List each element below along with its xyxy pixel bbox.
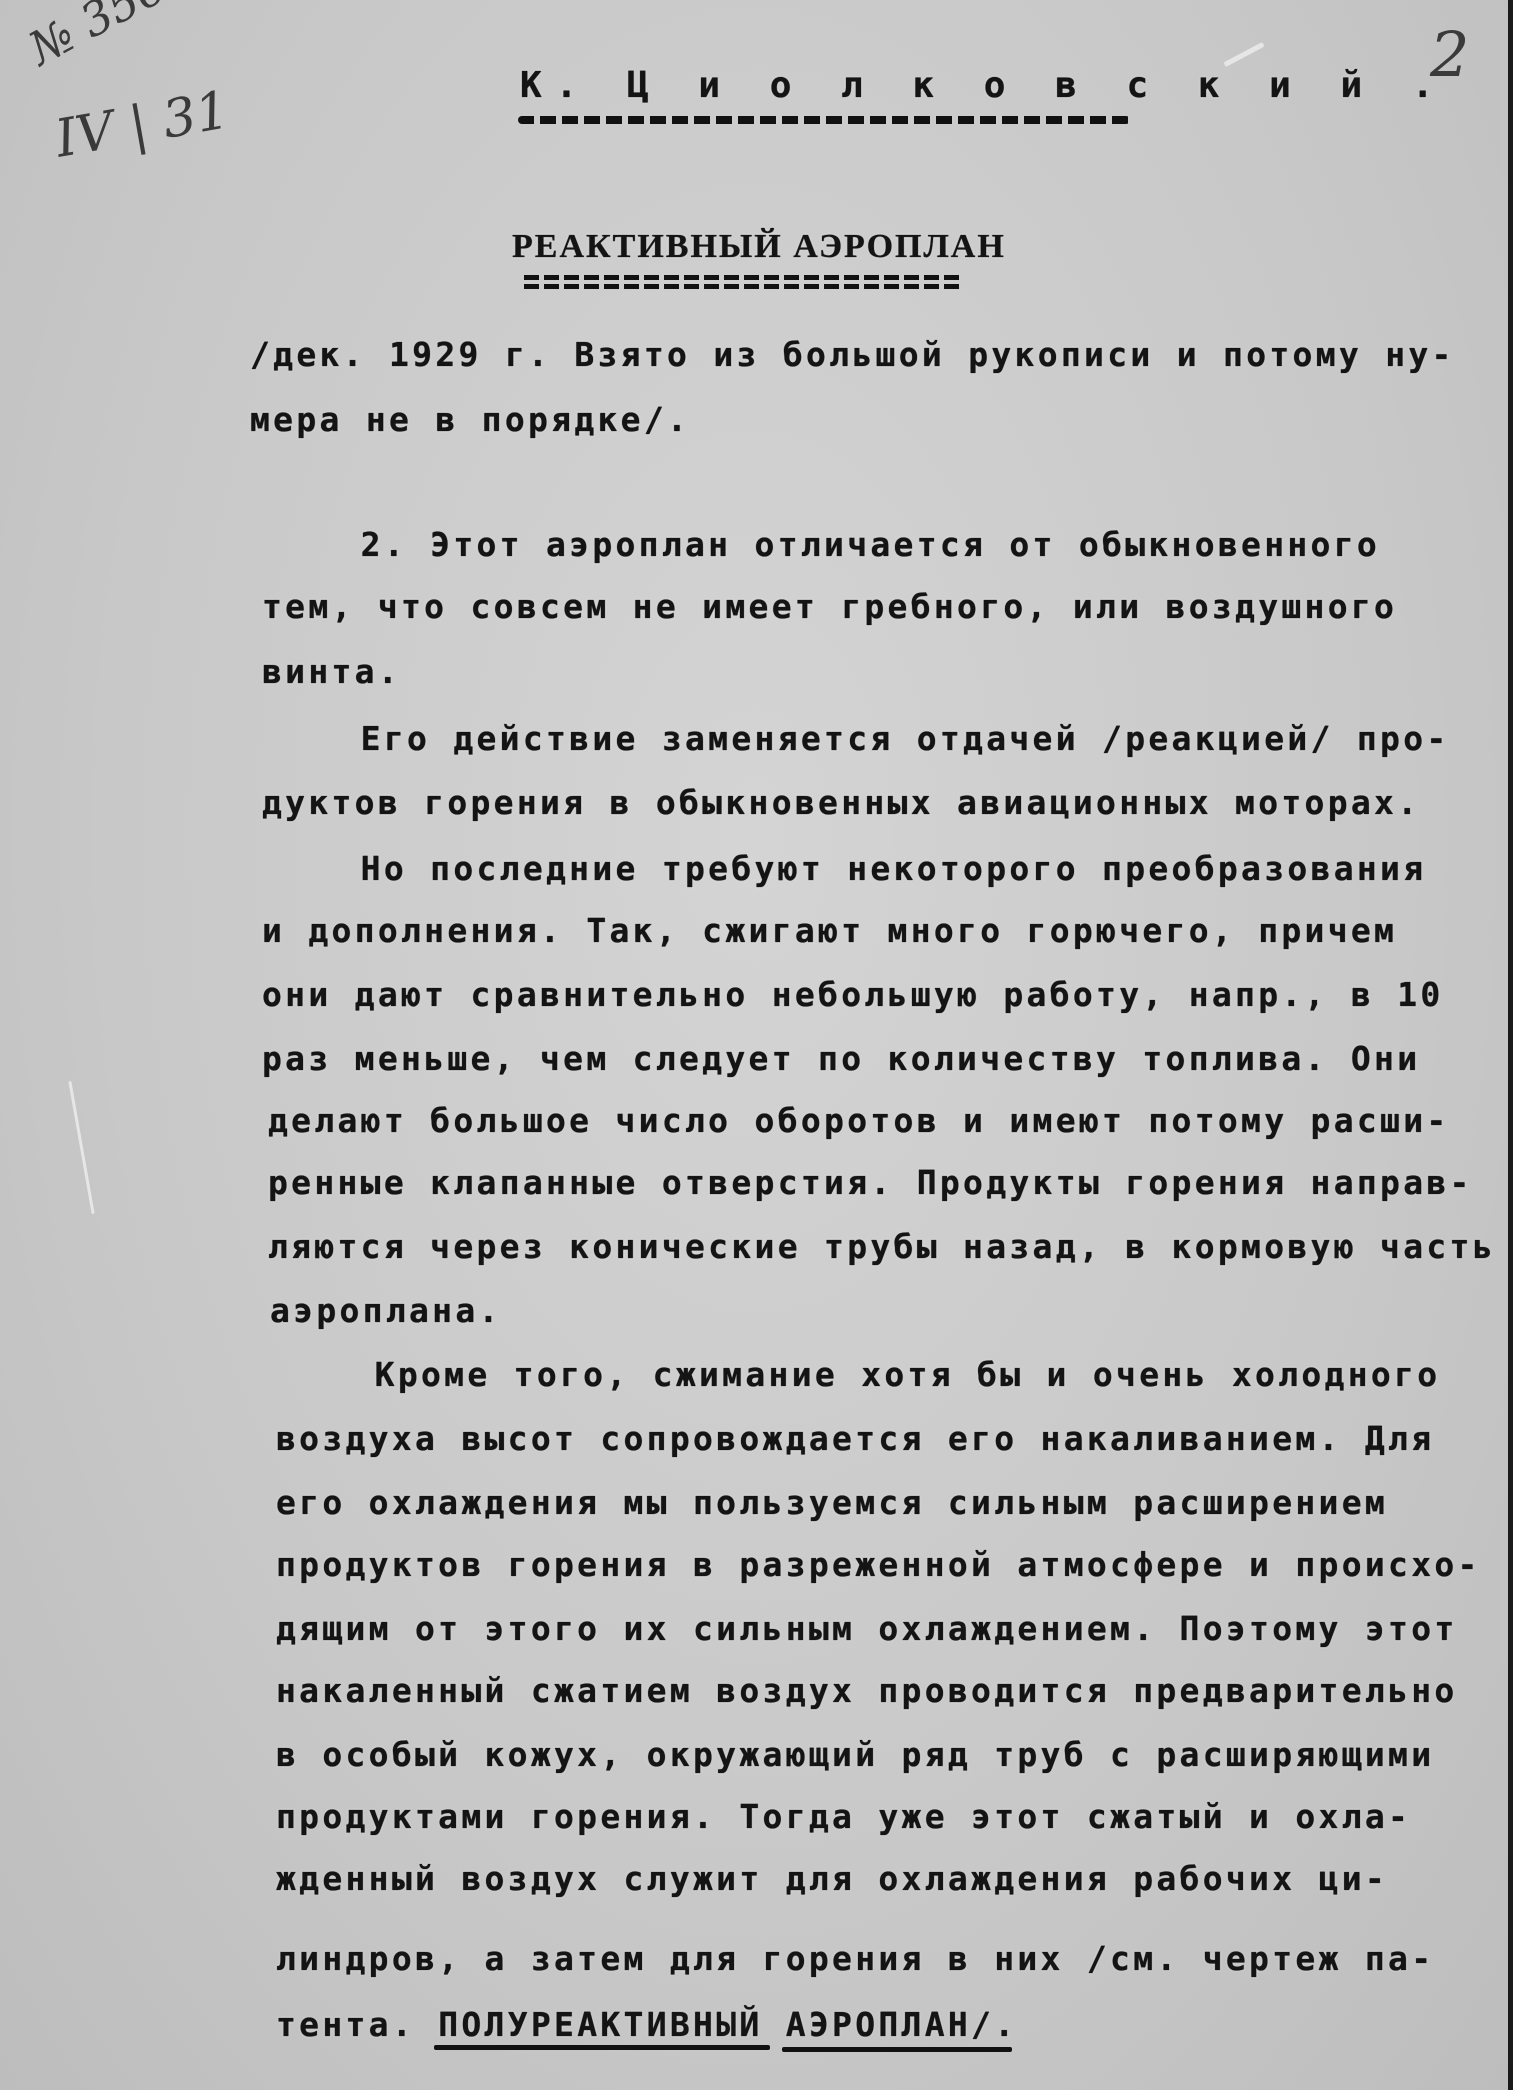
body-line: аэроплана. — [270, 1294, 502, 1327]
underlined-reference: ПОЛУРЕАКТИВНЫЙ АЭРОПЛАН — [438, 2005, 971, 2044]
body-line: ляются через конические трубы назад, в к… — [268, 1230, 1496, 1263]
body-line: его охлаждения мы пользуемся сильным рас… — [276, 1486, 1388, 1519]
body-line: продуктами горения. Тогда уже этот сжаты… — [276, 1800, 1411, 1833]
body-line: линдров, а затем для горения в них /см. … — [276, 1942, 1434, 1975]
body-line: дящим от этого их сильным охлаждением. П… — [276, 1612, 1458, 1645]
body-line: воздуха высот сопровождается его накалив… — [276, 1422, 1434, 1455]
scratch-mark — [1223, 42, 1264, 67]
body-line: в особый кожух, окружающий ряд труб с ра… — [276, 1738, 1434, 1771]
author-name: К. Ц и о л к о в с к и й . — [520, 68, 1448, 104]
body-line: Но последние требуют некоторого преобраз… — [268, 852, 1426, 885]
scratch-mark — [68, 1081, 94, 1214]
body-line: и дополнения. Так, сжигают много горючег… — [262, 914, 1397, 947]
page-edge — [1508, 0, 1513, 2090]
reference-underline — [782, 2047, 1012, 2052]
reference-underline — [434, 2045, 770, 2050]
body-line: Его действие заменяется отдачей /реакцие… — [268, 722, 1450, 755]
body-line: 2. Этот аэроплан отличается от обыкновен… — [268, 528, 1380, 561]
body-line: мера не в порядке/. — [250, 403, 690, 436]
author-underline — [518, 116, 1130, 124]
body-line: делают большое число оборотов и имеют по… — [268, 1104, 1450, 1137]
body-line: раз меньше, чем следует по количеству то… — [262, 1042, 1420, 1075]
body-line: они дают сравнительно небольшую работу, … — [262, 978, 1444, 1011]
last-line-suffix: /. — [971, 2005, 1017, 2044]
body-line: продуктов горения в разреженной атмосфер… — [276, 1548, 1481, 1581]
body-line: Кроме того, сжимание хотя бы и очень хол… — [282, 1358, 1440, 1391]
document-page: № 356 IV | 31 2 К. Ц и о л к о в с к и й… — [0, 0, 1508, 2090]
document-title: РЕАКТИВНЫЙ АЭРОПЛАН — [512, 230, 1006, 264]
body-line: винта. — [262, 655, 401, 688]
body-line: тем, что совсем не имеет гребного, или в… — [262, 590, 1397, 623]
body-line: жденный воздух служит для охлаждения раб… — [276, 1862, 1388, 1895]
body-line: накаленный сжатием воздух проводится пре… — [276, 1674, 1458, 1707]
body-line: /дек. 1929 г. Взято из большой рукописи … — [250, 338, 1455, 371]
body-last-line: тента. ПОЛУРЕАКТИВНЫЙ АЭРОПЛАН/. — [276, 2008, 1017, 2041]
file-ref-note: IV | 31 — [51, 80, 234, 169]
body-line: ренные клапанные отверстия. Продукты гор… — [268, 1166, 1473, 1199]
title-underline — [524, 275, 964, 289]
last-line-prefix: тента. — [276, 2005, 438, 2044]
body-line: дуктов горения в обыкновенных авиационны… — [262, 786, 1420, 819]
archive-number-note: № 356 — [20, 0, 174, 76]
